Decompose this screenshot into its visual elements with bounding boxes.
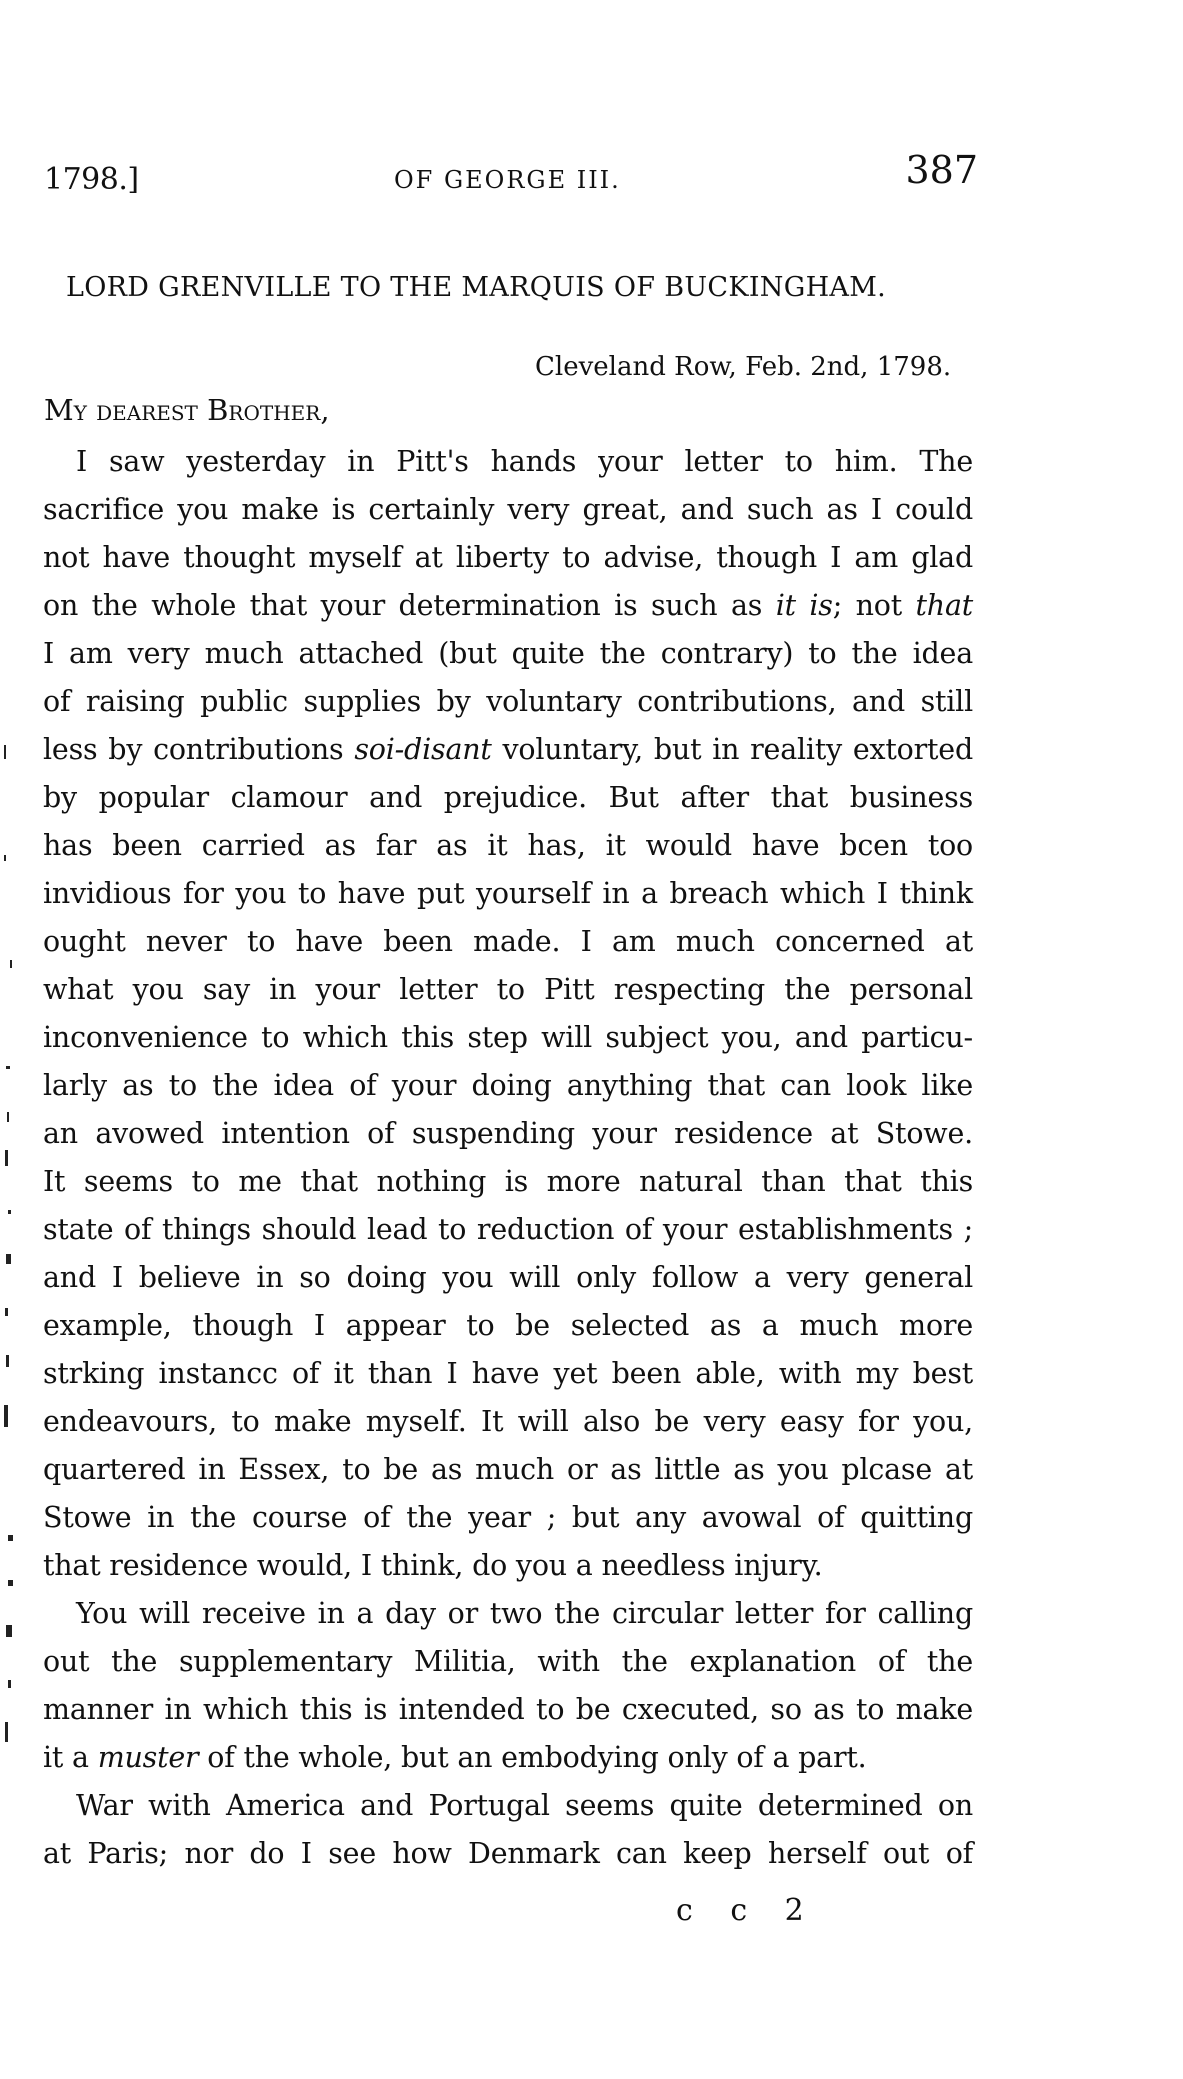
running-head: 1798.] OF GEORGE III. 387 (44, 148, 978, 198)
letter-dateline: Cleveland Row, Feb. 2nd, 1798. (535, 352, 955, 382)
body-line: example, though I appear to be selected … (43, 1302, 973, 1350)
scan-noise-mark (4, 855, 6, 861)
body-line: by popular clamour and prejudice. But af… (43, 774, 973, 822)
scan-noise-mark (7, 1112, 9, 1122)
body-line: strking instancc of it than I have yet b… (43, 1350, 973, 1398)
running-head-year: 1798.] (44, 162, 139, 197)
letter-salutation: My dearest Brother, (44, 393, 330, 427)
scan-noise-mark (5, 1722, 8, 1742)
letter-body: I saw yesterday in Pitt's hands your let… (43, 438, 973, 1878)
body-text-run: less by contributions (43, 733, 354, 766)
italic-run: it is (776, 589, 833, 622)
body-line: manner in which this is intended to be c… (43, 1686, 973, 1734)
body-line: Stowe in the course of the year ; but an… (43, 1494, 973, 1542)
scan-noise-mark (8, 1535, 13, 1541)
body-text-run: voluntary, but in reality extorted (492, 733, 973, 766)
body-text-run: of the whole, but an embodying only of a… (198, 1741, 866, 1774)
italic-run: soi-disant (354, 733, 491, 766)
body-line: sacrifice you make is certainly very gre… (43, 486, 973, 534)
body-line: It seems to me that nothing is more natu… (43, 1158, 973, 1206)
body-text-run: ; not (833, 589, 916, 622)
body-line: of raising public supplies by voluntary … (43, 678, 973, 726)
body-line: out the supplementary Militia, with the … (43, 1638, 973, 1686)
body-line: I am very much attached (but quite the c… (43, 630, 973, 678)
body-text-run: on the whole that your determination is … (43, 589, 776, 622)
body-line: what you say in your letter to Pitt resp… (43, 966, 973, 1014)
salutation-part-2: Brother, (207, 393, 329, 427)
salutation-part-1: My dearest (44, 393, 207, 427)
body-line: an avowed intention of suspending your r… (43, 1110, 973, 1158)
body-line: You will receive in a day or two the cir… (43, 1590, 973, 1638)
body-line: ought never to have been made. I am much… (43, 918, 973, 966)
scan-noise-mark (4, 1405, 8, 1427)
body-line: larly as to the idea of your doing anyth… (43, 1062, 973, 1110)
italic-run: that (916, 589, 973, 622)
scan-noise-mark (8, 1680, 11, 1688)
scan-noise-mark (5, 1150, 8, 1166)
scan-noise-mark (8, 1210, 11, 1214)
body-line: at Paris; nor do I see how Denmark can k… (43, 1830, 973, 1878)
scan-noise-mark (6, 1254, 11, 1264)
running-head-title: OF GEORGE III. (394, 166, 621, 194)
body-line: endeavours, to make myself. It will also… (43, 1398, 973, 1446)
body-line: invidious for you to have put yourself i… (43, 870, 973, 918)
body-line: on the whole that your determination is … (43, 582, 973, 630)
body-line: I saw yesterday in Pitt's hands your let… (43, 438, 973, 486)
body-text-run: it a (43, 1741, 98, 1774)
page-number: 387 (905, 148, 978, 192)
body-line: quartered in Essex, to be as much or as … (43, 1446, 973, 1494)
scan-noise-mark (6, 1066, 10, 1069)
body-line: has been carried as far as it has, it wo… (43, 822, 973, 870)
body-line: that residence would, I think, do you a … (43, 1542, 973, 1590)
italic-run: muster (98, 1741, 199, 1774)
body-line: it a muster of the whole, but an embodyi… (43, 1734, 973, 1782)
body-line: and I believe in so doing you will only … (43, 1254, 973, 1302)
body-line: not have thought myself at liberty to ad… (43, 534, 973, 582)
letter-heading: LORD GRENVILLE TO THE MARQUIS OF BUCKING… (66, 272, 986, 303)
body-line: War with America and Portugal seems quit… (43, 1782, 973, 1830)
scan-noise-mark (5, 1308, 8, 1316)
scan-noise-mark (8, 1580, 13, 1586)
scan-noise-mark (6, 1355, 9, 1367)
scan-noise-mark (10, 960, 12, 968)
scan-noise-mark (6, 1625, 12, 1637)
scan-noise-mark (4, 745, 6, 759)
signature-mark: c c 2 (676, 1893, 818, 1928)
body-line: state of things should lead to reduction… (43, 1206, 973, 1254)
body-line: inconvenience to which this step will su… (43, 1014, 973, 1062)
book-page: 1798.] OF GEORGE III. 387 LORD GRENVILLE… (0, 0, 1183, 2079)
body-line: less by contributions soi-disant volunta… (43, 726, 973, 774)
